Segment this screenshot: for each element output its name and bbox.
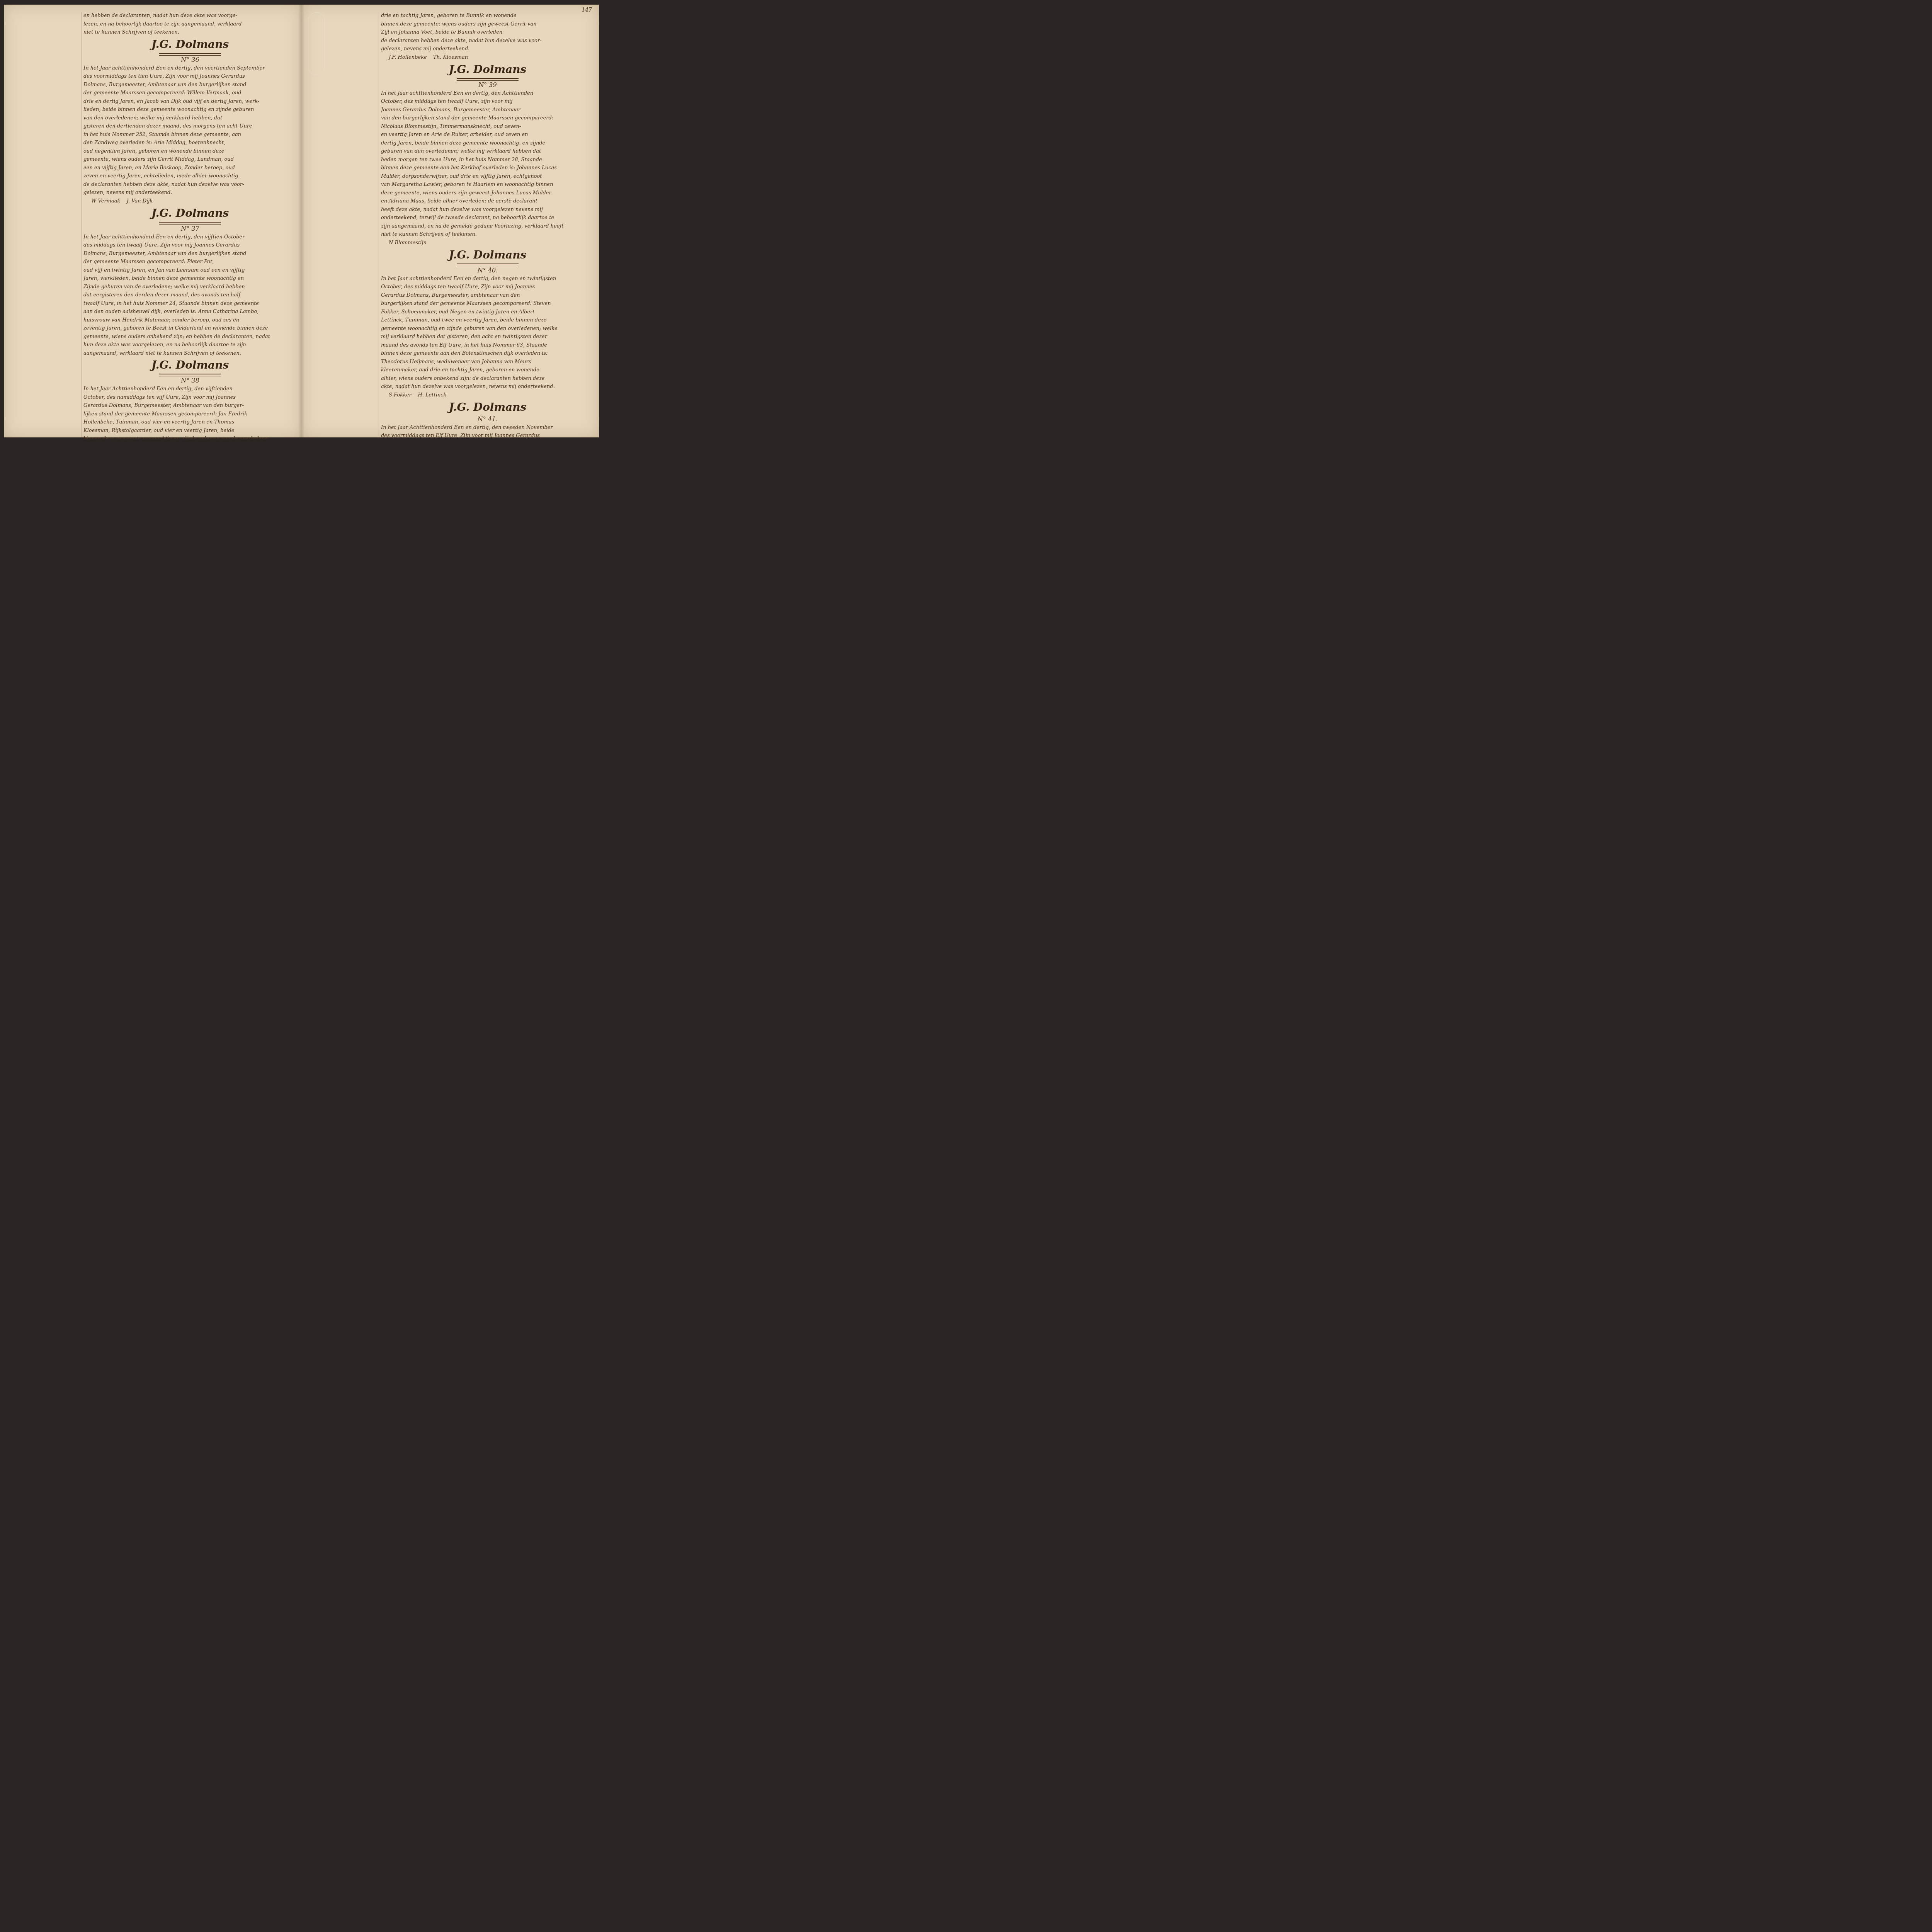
register-spread: en hebben de declaranten, nadat hun deze… bbox=[4, 5, 599, 437]
gutter-shadow bbox=[298, 5, 301, 437]
text-line: Kloesman, Rijkstolgaarder, oud vier en v… bbox=[83, 427, 297, 435]
gutter-shadow bbox=[301, 5, 304, 437]
text-line: lezen, en na behoorlijk daartoe te zijn … bbox=[83, 20, 297, 29]
text-line: In het Jaar achttienhonderd Een en derti… bbox=[83, 233, 297, 241]
entry-number: N° 38 bbox=[83, 376, 297, 385]
witness-signature: J.F. Hollenbeke bbox=[389, 54, 427, 60]
text-line: niet te kunnen Schrijven of teekenen. bbox=[381, 230, 594, 239]
registrar-signature: J.G. Dolmans bbox=[83, 206, 297, 221]
text-line: Dolmans, Burgemeester, Ambtenaar van den… bbox=[83, 250, 297, 258]
text-line: akte, nadat hun dezelve was voorgelezen,… bbox=[381, 383, 594, 391]
right-page: 147 drie en tachtig Jaren, geboren te Bu… bbox=[301, 5, 599, 437]
witness-signature: J. Van Dijk bbox=[127, 198, 153, 204]
text-line: mij verklaard hebben dat gisteren, den a… bbox=[381, 333, 594, 341]
text-line: In het Jaar achttienhonderd Een en derti… bbox=[381, 89, 594, 98]
text-line: Dolmans, Burgemeester, Ambtenaar van den… bbox=[83, 81, 297, 89]
text-line: zeven en veertig Jaren, echtelieden, med… bbox=[83, 172, 297, 180]
right-page-text: drie en tachtig Jaren, geboren te Bunnik… bbox=[381, 12, 594, 439]
margin-rule bbox=[81, 12, 82, 437]
text-line: gelezen, nevens mij onderteekend. bbox=[83, 189, 297, 197]
entry-divider bbox=[159, 53, 221, 56]
text-line: In het Jaar achttienhonderd Een en derti… bbox=[83, 64, 297, 73]
text-line: alhier, wiens ouders onbekend zijn: de d… bbox=[381, 374, 594, 383]
witness-signature: Th. Kloesman bbox=[433, 54, 468, 60]
text-line: aan den ouden aalsheuvel dijk, overleden… bbox=[83, 308, 297, 316]
text-line: In het Jaar Achttienhonderd Een en derti… bbox=[83, 385, 297, 393]
text-line: Jaren, werklieden, beide binnen deze gem… bbox=[83, 274, 297, 283]
entry-divider bbox=[457, 264, 519, 266]
text-line: heden morgen ten twee Uure, in het huis … bbox=[381, 156, 594, 164]
text-line: October, des namiddags ten vijf Uure, Zi… bbox=[83, 393, 297, 402]
text-line: van Margaretha Lawier, geboren te Haarle… bbox=[381, 180, 594, 189]
text-line: maand des avonds ten Elf Uure, in het hu… bbox=[381, 341, 594, 350]
witness-signatures: W Vermaak J. Van Dijk bbox=[83, 197, 297, 206]
text-line: In het Jaar achttienhonderd Een en derti… bbox=[381, 275, 594, 283]
text-line: binnen deze gemeente woonachtig en zijnd… bbox=[83, 435, 297, 439]
text-line: Mulder, dorpsonderwijzer, oud drie en vi… bbox=[381, 172, 594, 181]
text-line: Nicolaas Blommestijn, Timmermansknecht, … bbox=[381, 122, 594, 131]
entry-divider bbox=[159, 374, 221, 376]
text-line: van den overledenen; welke mij verklaard… bbox=[83, 114, 297, 122]
text-line: niet te kunnen Schrijven of teekenen. bbox=[83, 28, 297, 37]
text-line: kleerenmaker, oud drie en tachtig Jaren,… bbox=[381, 366, 594, 374]
text-line: drie en dertig Jaren, en Jacob van Dijk … bbox=[83, 97, 297, 106]
text-line: de declaranten hebben deze akte, nadat h… bbox=[381, 37, 594, 45]
entry-number: N° 39 bbox=[381, 81, 594, 89]
text-line: Zijl en Johanna Voet, beide te Bunnik ov… bbox=[381, 28, 594, 37]
tax-stamp-emboss bbox=[308, 12, 325, 75]
text-line: de declaranten hebben deze akte, nadat h… bbox=[83, 180, 297, 189]
left-page-text: en hebben de declaranten, nadat hun deze… bbox=[83, 12, 297, 439]
registrar-signature: J.G. Dolmans bbox=[83, 357, 297, 373]
text-line: en Adriana Maas, beide alhier overleden:… bbox=[381, 197, 594, 206]
entry-divider bbox=[159, 222, 221, 224]
text-line: onderteekend, terwijl de tweede declaran… bbox=[381, 214, 594, 222]
witness-signature: S Fokker bbox=[389, 392, 412, 398]
text-line: lieden, beide binnen deze gemeente woona… bbox=[83, 105, 297, 114]
text-line: der gemeente Maarssen gecompareerd: Piet… bbox=[83, 258, 297, 266]
text-line: Fokker, Schoenmaker, oud Negen en twinti… bbox=[381, 308, 594, 316]
text-line: dat eergisteren den derden dezer maand, … bbox=[83, 291, 297, 299]
text-line: dertig Jaren, beide binnen deze gemeente… bbox=[381, 139, 594, 148]
text-line: gemeente woonachtig en zijnde geburen va… bbox=[381, 325, 594, 333]
text-line: Joannes Gerardus Dolmans, Burgemeester, … bbox=[381, 106, 594, 114]
entry-number: N° 36 bbox=[83, 56, 297, 64]
witness-signature: H. Lettinck bbox=[418, 392, 446, 398]
witness-signature: N Blommestijn bbox=[389, 240, 427, 246]
text-line: Gerardus Dolmans, Burgemeester, ambtenaa… bbox=[381, 291, 594, 300]
text-line: en veertig Jaren en Arie de Ruiter, arbe… bbox=[381, 131, 594, 139]
text-line: der gemeente Maarssen gecompareerd: Will… bbox=[83, 89, 297, 97]
text-line: burgerlijken stand der gemeente Maarssen… bbox=[381, 299, 594, 308]
text-line: twaalf Uure, in het huis Nommer 24, Staa… bbox=[83, 299, 297, 308]
registrar-signature: J.G. Dolmans bbox=[381, 400, 594, 415]
text-line: des voormiddags ten tien Uure, Zijn voor… bbox=[83, 72, 297, 81]
text-line: Gerardus Dolmans, Burgemeester, Ambtenaa… bbox=[83, 401, 297, 410]
text-line: een en vijftig Jaren, en Maria Boskoop, … bbox=[83, 164, 297, 172]
registrar-signature: J.G. Dolmans bbox=[381, 247, 594, 263]
entry-number: N° 37 bbox=[83, 224, 297, 233]
registrar-signature: J.G. Dolmans bbox=[83, 37, 297, 52]
margin-rule bbox=[379, 12, 379, 437]
text-line: huisvrouw van Hendrik Matenaar, zonder b… bbox=[83, 316, 297, 325]
text-line: en hebben de declaranten, nadat hun deze… bbox=[83, 12, 297, 20]
witness-signatures: N Blommestijn bbox=[381, 239, 594, 247]
witness-signatures: J.F. Hollenbeke Th. Kloesman bbox=[381, 53, 594, 62]
witness-signatures: S Fokker H. Lettinck bbox=[381, 391, 594, 400]
text-line: Theodorus Heijmans, weduwenaar van Johan… bbox=[381, 358, 594, 366]
text-line: aangemaand, verklaard niet te kunnen Sch… bbox=[83, 349, 297, 358]
text-line: gemeente, wiens ouders zijn Gerrit Midda… bbox=[83, 155, 297, 164]
text-line: in het huis Nommer 252, Staande binnen d… bbox=[83, 131, 297, 139]
text-line: drie en tachtig Jaren, geboren te Bunnik… bbox=[381, 12, 594, 20]
text-line: binnen deze gemeente aan het Kerkhof ove… bbox=[381, 164, 594, 172]
text-line: gelezen, nevens mij onderteekend. bbox=[381, 45, 594, 53]
text-line: Lettinck, Tuinman, oud twee en veertig J… bbox=[381, 316, 594, 325]
text-line: heeft deze akte, nadat hun dezelve was v… bbox=[381, 206, 594, 214]
text-line: oud vijf en twintig Jaren, en Jan van Le… bbox=[83, 266, 297, 275]
registrar-signature: J.G. Dolmans bbox=[381, 62, 594, 77]
text-line: des middags ten twaalf Uure, Zijn voor m… bbox=[83, 241, 297, 250]
text-line: lijken stand der gemeente Maarssen gecom… bbox=[83, 410, 297, 418]
entry-divider bbox=[457, 78, 519, 81]
text-line: gemeente, wiens ouders onbekend zijn; en… bbox=[83, 333, 297, 341]
text-line: zijn aangemaand, en na de gemelde gedane… bbox=[381, 222, 594, 231]
entry-number: N° 40. bbox=[381, 266, 594, 275]
witness-signature: W Vermaak bbox=[91, 198, 120, 204]
text-line: binnen deze gemeente; wiens ouders zijn … bbox=[381, 20, 594, 29]
left-page: en hebben de declaranten, nadat hun deze… bbox=[4, 5, 302, 437]
text-line: October, des middags ten twaalf Uure, Zi… bbox=[381, 283, 594, 291]
text-line: den Zandweg overleden is: Arie Middag, b… bbox=[83, 139, 297, 147]
text-line: Zijnde geburen van de overledene; welke … bbox=[83, 283, 297, 291]
text-line: Hollenbeke, Tuinman, oud vier en veertig… bbox=[83, 418, 297, 427]
text-line: gisteren den dertienden dezer maand, des… bbox=[83, 122, 297, 131]
text-line: van den burgerlijken stand der gemeente … bbox=[381, 114, 594, 122]
text-line: In het Jaar Achttienhonderd Een en derti… bbox=[381, 423, 594, 432]
entry-number: N° 41. bbox=[381, 415, 594, 423]
text-line: oud negentien Jaren, geboren en wonende … bbox=[83, 147, 297, 156]
text-line: des voormiddags ten Elf Uure, Zijn voor … bbox=[381, 432, 594, 439]
text-line: binnen deze gemeente aan den Bolenstimsc… bbox=[381, 349, 594, 358]
text-line: hun deze akte was voorgelezen, en na beh… bbox=[83, 341, 297, 349]
text-line: October, des middags ten twaalf Uure, zi… bbox=[381, 97, 594, 106]
text-line: deze gemeente, wiens ouders zijn geweest… bbox=[381, 189, 594, 197]
text-line: zeventig Jaren, geboren te Beest in Geld… bbox=[83, 324, 297, 333]
text-line: geburen van den overledenen; welke mij v… bbox=[381, 147, 594, 156]
